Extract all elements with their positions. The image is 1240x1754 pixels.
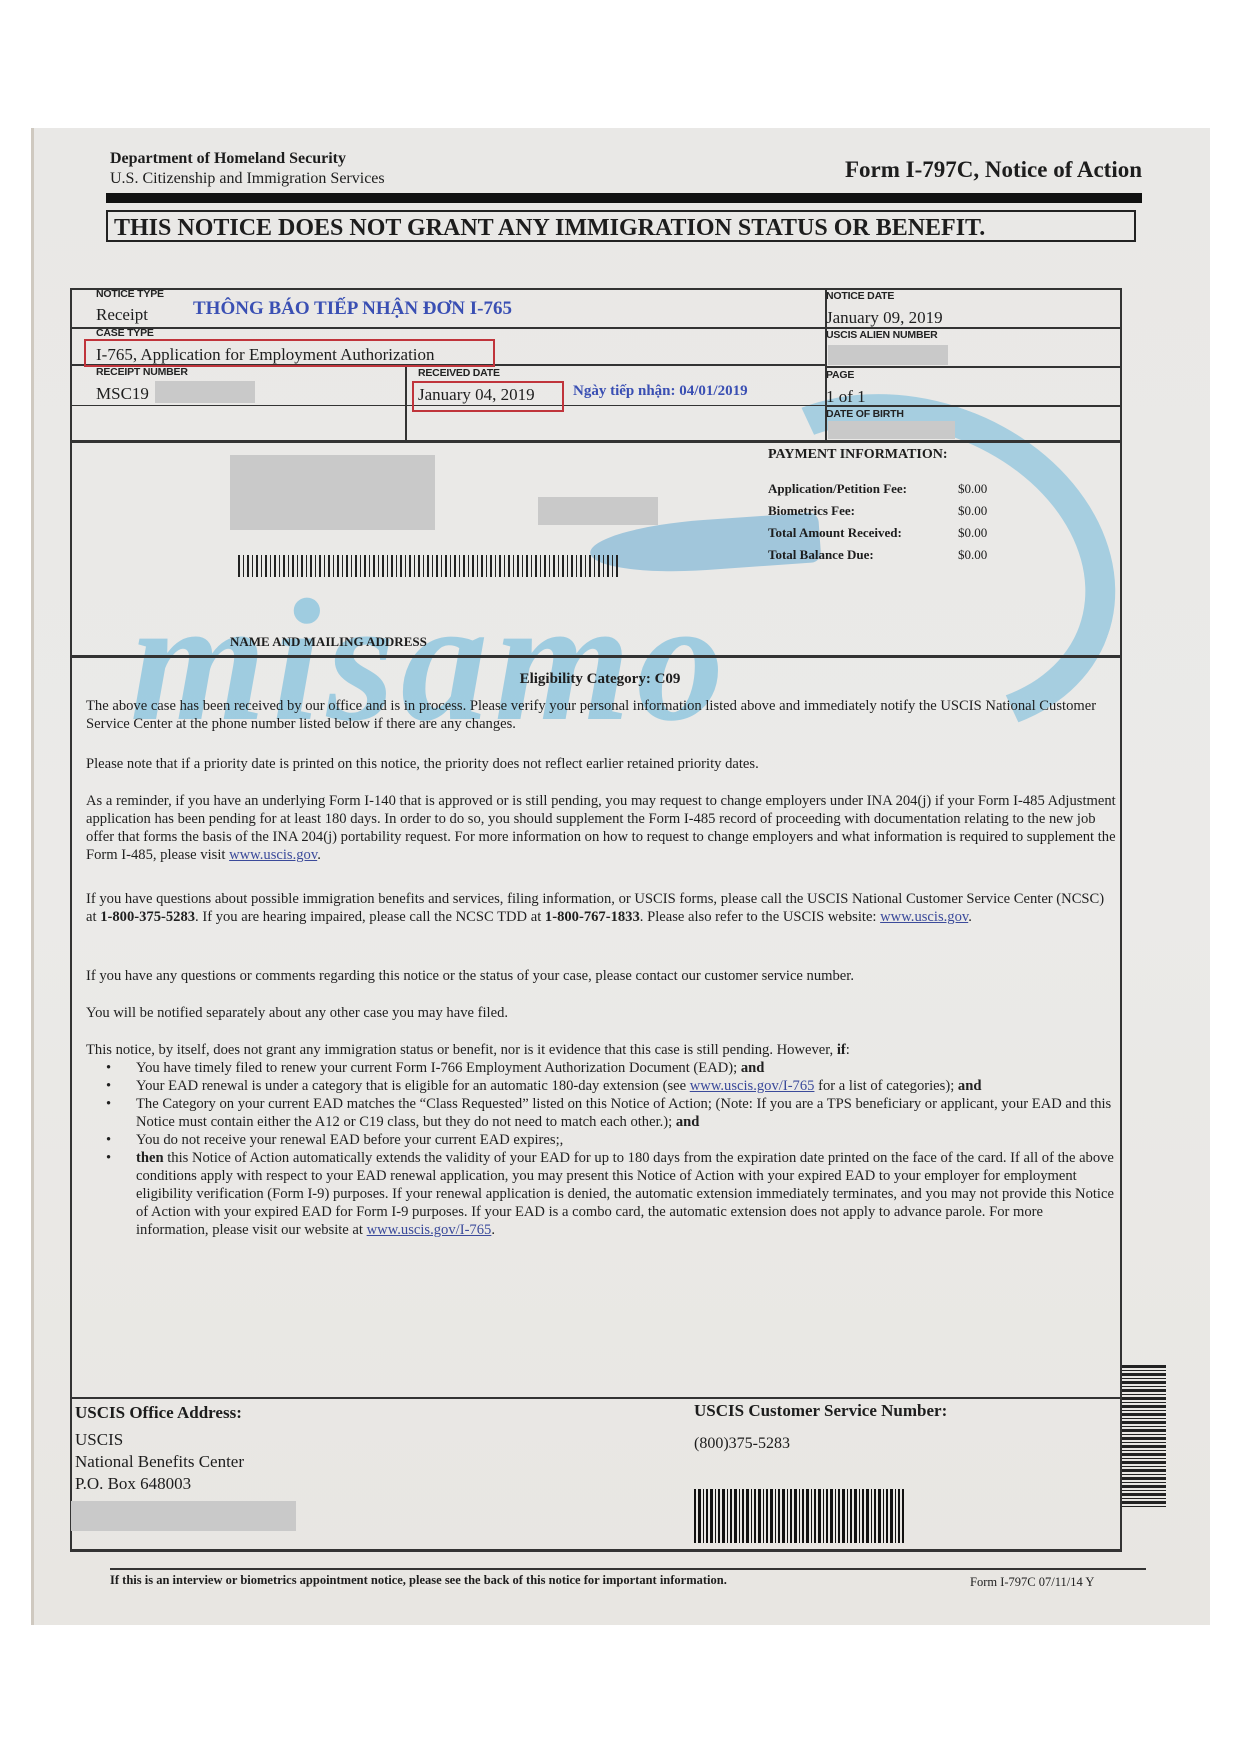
- payment-row-label: Total Amount Received:: [768, 525, 902, 541]
- receipt-number-value: MSC19: [96, 384, 149, 404]
- redacted-receipt-suffix: [155, 381, 255, 403]
- grid-border: [70, 288, 1122, 290]
- disclaimer-banner: THIS NOTICE DOES NOT GRANT ANY IMMIGRATI…: [106, 210, 1136, 242]
- redacted-address-line: [538, 497, 658, 525]
- ncsc-phone: 1-800-375-5283: [100, 909, 195, 925]
- vietnamese-title-annotation: THÔNG BÁO TIẾP NHẬN ĐƠN I-765: [193, 298, 512, 320]
- received-date-label: RECEIVED DATE: [418, 367, 500, 379]
- payment-title: PAYMENT INFORMATION:: [768, 447, 948, 463]
- case-type-label: CASE TYPE: [96, 327, 154, 339]
- grid-divider: [70, 440, 1122, 443]
- office-line: USCIS: [75, 1430, 123, 1450]
- list-item: You do not receive your renewal EAD befo…: [86, 1131, 1116, 1149]
- redacted-dob: [828, 421, 955, 439]
- intelligent-mail-barcode: [238, 555, 618, 577]
- grid-border: [1120, 288, 1122, 1551]
- customer-service-title: USCIS Customer Service Number:: [694, 1401, 947, 1421]
- form-edition: Form I-797C 07/11/14 Y: [970, 1575, 1094, 1590]
- receipt-barcode: [694, 1489, 904, 1543]
- list-item: You have timely filed to renew your curr…: [86, 1059, 1116, 1077]
- paragraph-contact: If you have questions about possible imm…: [86, 890, 1116, 926]
- payment-row-amount: $0.00: [958, 481, 987, 497]
- paragraph-received: The above case has been received by our …: [86, 697, 1116, 733]
- office-address-title: USCIS Office Address:: [75, 1403, 242, 1423]
- paragraph-separate-cases: You will be notified separately about an…: [86, 1004, 1116, 1022]
- customer-service-phone: (800)375-5283: [694, 1435, 790, 1453]
- i765-link[interactable]: www.uscis.gov/I-765: [690, 1078, 815, 1094]
- paragraph-questions: If you have any questions or comments re…: [86, 967, 1116, 985]
- payment-row-label: Application/Petition Fee:: [768, 481, 907, 497]
- received-date-highlight: [412, 381, 564, 412]
- footer-note: If this is an interview or biometrics ap…: [110, 1573, 727, 1588]
- payment-row-label: Total Balance Due:: [768, 547, 874, 563]
- page-value: 1 of 1: [826, 387, 866, 407]
- paragraph-extension: This notice, by itself, does not grant a…: [86, 1041, 1116, 1239]
- paragraph-portability: As a reminder, if you have an underlying…: [86, 792, 1116, 864]
- notice-type-value: Receipt: [96, 305, 148, 325]
- uscis-link[interactable]: www.uscis.gov: [880, 909, 968, 925]
- tdd-phone: 1-800-767-1833: [545, 909, 640, 925]
- notice-date-value: January 09, 2019: [826, 308, 943, 328]
- i765-link[interactable]: www.uscis.gov/I-765: [367, 1222, 492, 1238]
- payment-row-label: Biometrics Fee:: [768, 503, 855, 519]
- payment-row-amount: $0.00: [958, 503, 987, 519]
- payment-row-amount: $0.00: [958, 525, 987, 541]
- department-name: Department of Homeland Security: [110, 150, 346, 168]
- name-address-label: NAME AND MAILING ADDRESS: [230, 634, 427, 650]
- form-title: Form I-797C, Notice of Action: [845, 157, 1142, 183]
- grid-divider: [70, 1397, 1122, 1399]
- notice-date-label: NOTICE DATE: [826, 290, 894, 302]
- vietnamese-received-annotation: Ngày tiếp nhận: 04/01/2019: [573, 383, 748, 400]
- uscis-link[interactable]: www.uscis.gov: [229, 847, 317, 863]
- agency-name: U.S. Citizenship and Immigration Service…: [110, 170, 385, 188]
- page-label: PAGE: [826, 369, 854, 381]
- office-line: P.O. Box 648003: [75, 1474, 191, 1494]
- grid-divider: [70, 327, 825, 329]
- grid-divider: [405, 365, 407, 440]
- eligibility-category: Eligibility Category: C09: [0, 671, 1200, 688]
- redacted-name-address: [230, 455, 435, 530]
- alien-number-label: USCIS ALIEN NUMBER: [826, 329, 938, 341]
- notice-type-label: NOTICE TYPE: [96, 288, 164, 300]
- dob-label: DATE OF BIRTH: [826, 408, 904, 420]
- grid-border: [70, 288, 72, 1551]
- receipt-number-label: RECEIPT NUMBER: [96, 366, 188, 378]
- redacted-office-city: [71, 1501, 296, 1531]
- paragraph-priority-date: Please note that if a priority date is p…: [86, 755, 1116, 773]
- list-item: Your EAD renewal is under a category tha…: [86, 1077, 1116, 1095]
- grid-border: [70, 1549, 1122, 1552]
- list-item: The Category on your current EAD matches…: [86, 1095, 1116, 1131]
- redacted-alien-number: [828, 345, 948, 365]
- payment-row-amount: $0.00: [958, 547, 987, 563]
- side-barcode: [1122, 1365, 1166, 1507]
- office-line: National Benefits Center: [75, 1452, 244, 1472]
- header-rule: [106, 193, 1142, 203]
- list-item: then this Notice of Action automatically…: [86, 1149, 1116, 1239]
- grid-divider: [70, 655, 1122, 658]
- grid-divider: [825, 405, 1122, 407]
- footer-rule: [110, 1568, 1146, 1570]
- case-type-highlight: [84, 339, 495, 367]
- grid-divider: [825, 366, 1122, 368]
